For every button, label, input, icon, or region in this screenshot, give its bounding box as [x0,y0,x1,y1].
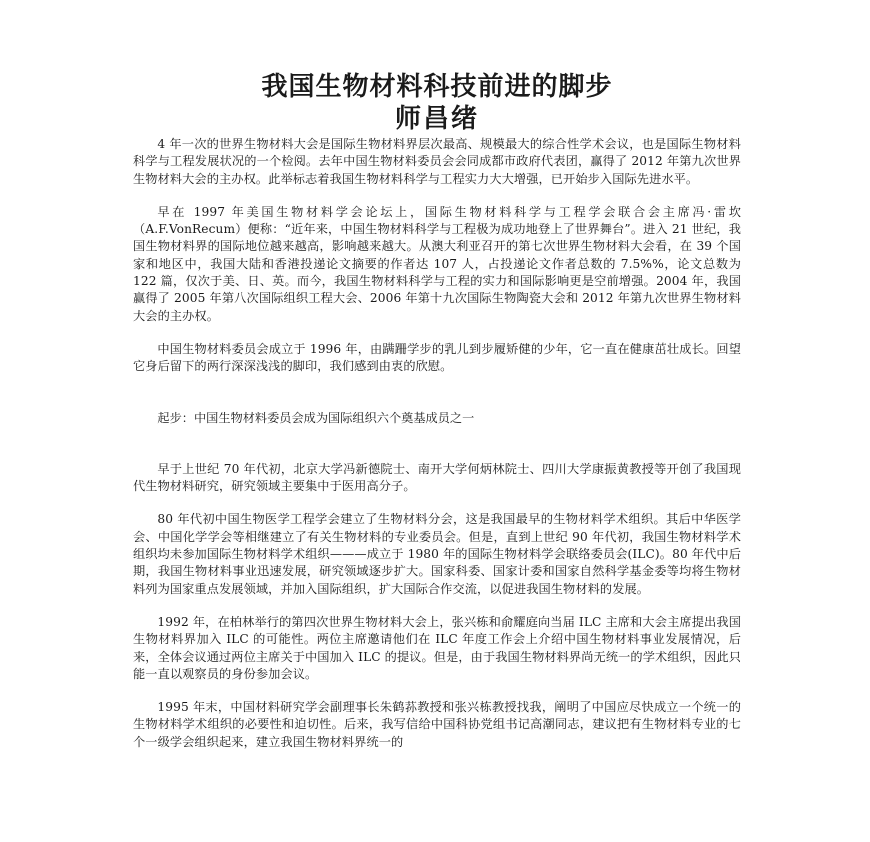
paragraph-5: 80 年代初中国生物医学工程学会建立了生物材料分会，这是我国最早的生物材料学术组… [133,511,741,597]
paragraph-7: 1995 年末，中国材料研究学会副理事长朱鹤荪教授和张兴栋教授找我，阐明了中国应… [133,699,741,751]
paragraph-spacer [133,495,741,511]
paragraph-spacer [133,325,741,341]
document-title: 我国生物材料科技前进的脚步 [133,70,741,104]
paragraph-spacer [133,683,741,699]
paragraph-spacer [133,598,741,614]
paragraph-1: 4 年一次的世界生物材料大会是国际生物材料界层次最高、规模最大的综合性学术会议，… [133,136,741,188]
paragraph-2: 早在 1997 年美国生物材料学会论坛上，国际生物材料科学与工程学会联合会主席冯… [133,204,741,325]
paragraph-6: 1992 年，在柏林举行的第四次世界生物材料大会上，张兴栋和俞耀庭向当届 ILC… [133,614,741,683]
paragraph-spacer [133,188,741,204]
document-author: 师昌绪 [133,104,741,134]
document-page: 我国生物材料科技前进的脚步 师昌绪 4 年一次的世界生物材料大会是国际生物材料界… [133,70,741,751]
paragraph-spacer [133,376,741,410]
paragraph-spacer [133,427,741,461]
section-subheading: 起步：中国生物材料委员会成为国际组织六个奠基成员之一 [133,410,741,427]
paragraph-3: 中国生物材料委员会成立于 1996 年，由蹒跚学步的乳儿到步履矫健的少年，它一直… [133,341,741,376]
paragraph-4: 早于上世纪 70 年代初，北京大学冯新德院士、南开大学何炳林院士、四川大学康振黄… [133,461,741,496]
